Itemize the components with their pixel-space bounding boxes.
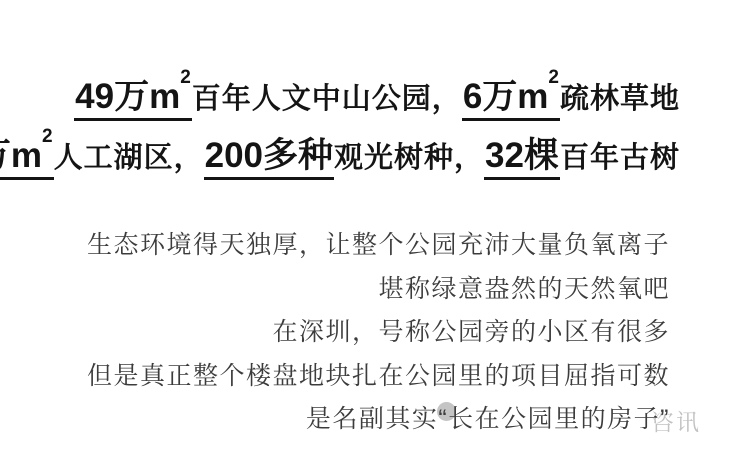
headline-line-1: 49万m2百年人文中山公园，6万m2疏林草地 xyxy=(0,72,680,131)
stat-park-area: 49万m2 xyxy=(74,79,192,121)
article-image: 49万m2百年人文中山公园，6万m2疏林草地 3万m2人工湖区，200多种观光树… xyxy=(0,0,740,456)
stat-value: 3万m xyxy=(0,136,42,175)
body-line: 堪称绿意盎然的天然氧吧 xyxy=(87,268,670,312)
stat-superscript: 2 xyxy=(180,67,191,88)
stat-value: 49万m xyxy=(75,77,180,116)
headline-text: 人工湖区， xyxy=(54,142,204,174)
headline-text: 百年古树 xyxy=(560,142,680,174)
stat-superscript: 2 xyxy=(42,126,53,147)
body-paragraph: 生态环境得天独厚，让整个公园充沛大量负氧离子 堪称绿意盎然的天然氧吧 在深圳，号… xyxy=(87,224,670,442)
body-line: 是名副其实“长在公园里的房子” xyxy=(87,398,670,442)
headline: 49万m2百年人文中山公园，6万m2疏林草地 3万m2人工湖区，200多种观光树… xyxy=(0,72,680,190)
stat-value: 6万m xyxy=(463,77,549,116)
body-line: 但是真正整个楼盘地块扎在公园里的项目屈指可数 xyxy=(87,355,670,399)
body-line: 在深圳，号称公园旁的小区有很多 xyxy=(87,311,670,355)
stat-value: 32棵 xyxy=(485,136,559,175)
stat-tree-species: 200多种 xyxy=(204,138,334,180)
headline-line-2: 3万m2人工湖区，200多种观光树种，32棵百年古树 xyxy=(0,131,680,190)
stat-grassland-area: 6万m2 xyxy=(462,79,560,121)
stat-ancient-trees: 32棵 xyxy=(484,138,560,180)
headline-text: 疏林草地 xyxy=(560,83,680,115)
stat-lake-area: 3万m2 xyxy=(0,138,54,180)
stat-superscript: 2 xyxy=(548,67,559,88)
body-line: 生态环境得天独厚，让整个公园充沛大量负氧离子 xyxy=(87,224,670,268)
headline-text: 观光树种， xyxy=(334,142,484,174)
headline-text: 百年人文中山公园， xyxy=(192,83,462,115)
stat-value: 200多种 xyxy=(205,136,333,175)
